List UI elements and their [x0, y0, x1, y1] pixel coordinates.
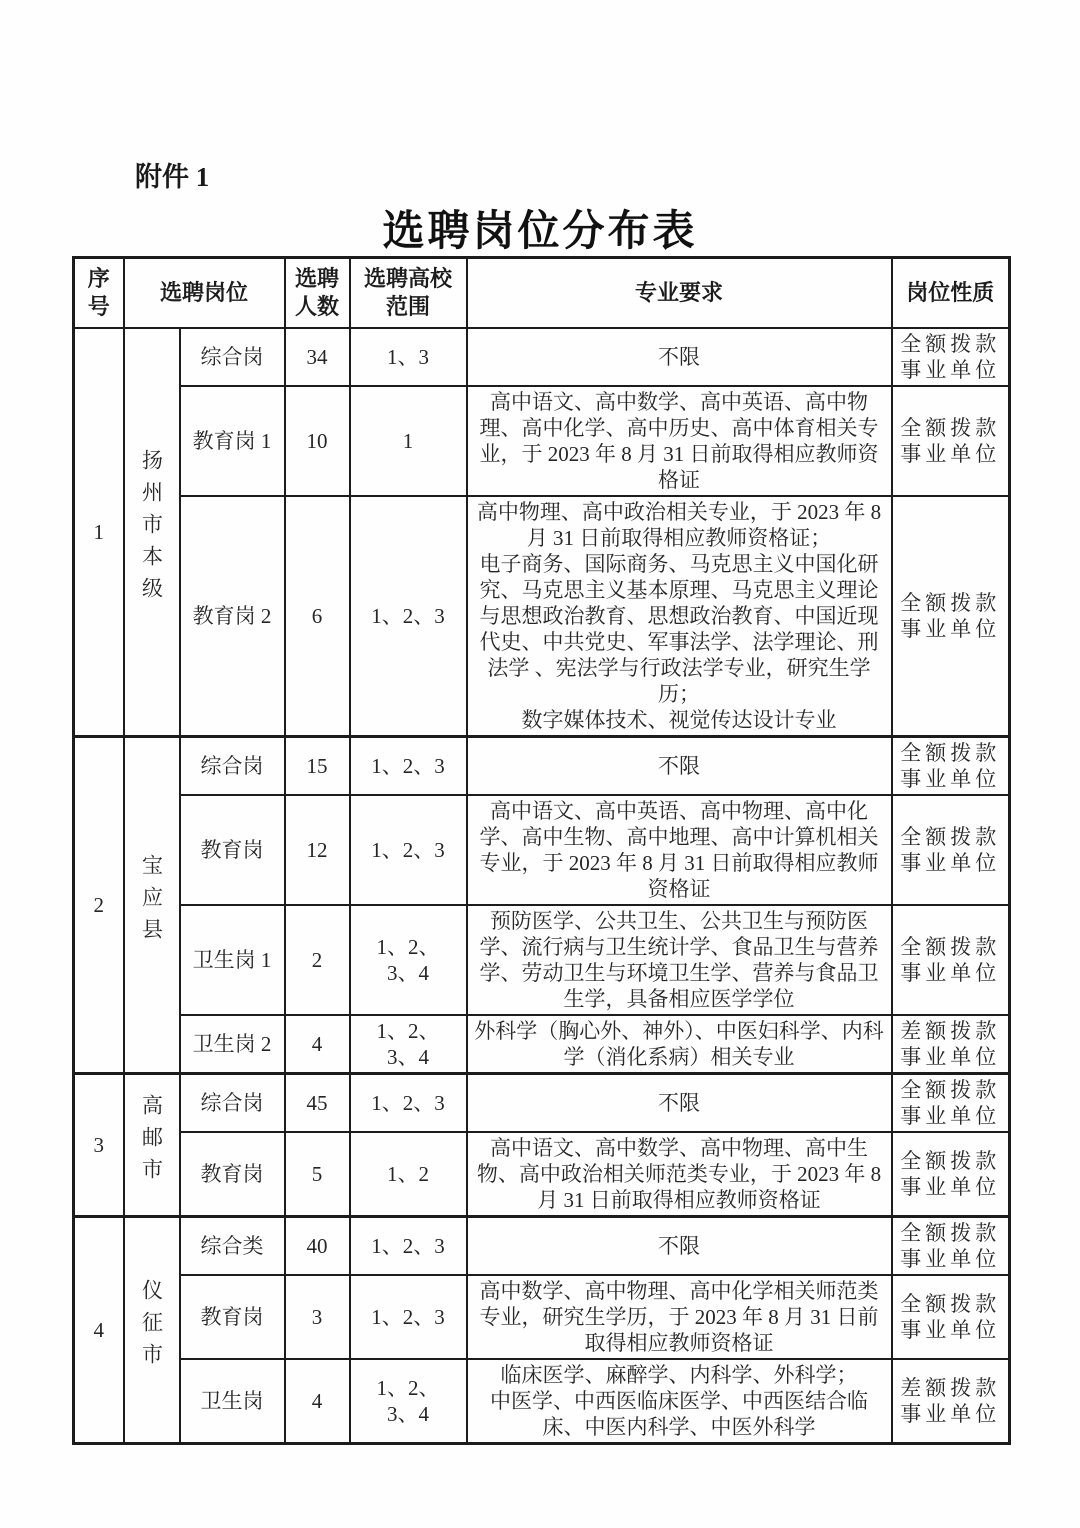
cell-nature: 全额拨款 事业单位 [892, 905, 1010, 1015]
cell-count: 5 [285, 1132, 350, 1217]
table-row: 卫生岗 121、2、 3、4预防医学、公共卫生、公共卫生与预防医学、流行病与卫生… [74, 905, 1010, 1015]
table-row: 卫生岗 241、2、 3、4外科学（胸心外、神外）、中医妇科学、内科学（消化系病… [74, 1015, 1010, 1074]
cell-count: 10 [285, 386, 350, 496]
cell-post: 教育岗 2 [180, 496, 285, 737]
cell-count: 4 [285, 1015, 350, 1074]
cell-major: 不限 [467, 1074, 892, 1133]
cell-major: 外科学（胸心外、神外）、中医妇科学、内科学（消化系病）相关专业 [467, 1015, 892, 1074]
cell-nature: 全额拨款 事业单位 [892, 1074, 1010, 1133]
cell-scope: 1、2、3 [350, 737, 467, 796]
cell-nature: 全额拨款 事业单位 [892, 1132, 1010, 1217]
table-body: 1扬州市本级综合岗341、3不限全额拨款 事业单位教育岗 1101高中语文、高中… [74, 328, 1010, 1444]
cell-nature: 全额拨款 事业单位 [892, 496, 1010, 737]
table-row: 教育岗121、2、3高中语文、高中英语、高中物理、高中化学、高中生物、高中地理、… [74, 795, 1010, 905]
table-row: 2宝应县综合岗151、2、3不限全额拨款 事业单位 [74, 737, 1010, 796]
cell-major: 预防医学、公共卫生、公共卫生与预防医学、流行病与卫生统计学、食品卫生与营养学、劳… [467, 905, 892, 1015]
cell-post: 教育岗 [180, 795, 285, 905]
cell-post: 卫生岗 2 [180, 1015, 285, 1074]
cell-scope: 1、2、 3、4 [350, 905, 467, 1015]
cell-nature: 全额拨款 事业单位 [892, 1275, 1010, 1359]
cell-post: 综合岗 [180, 1074, 285, 1133]
cell-post: 综合岗 [180, 737, 285, 796]
cell-major: 不限 [467, 737, 892, 796]
cell-index: 2 [74, 737, 124, 1074]
cell-region-text: 高邮市 [139, 1094, 165, 1190]
document-page: 附件 1 选聘岗位分布表 序 号 选聘岗位 选聘 人数 选聘高校 范围 专业要求… [0, 0, 1080, 1528]
attachment-label: 附件 1 [135, 155, 209, 194]
cell-nature: 全额拨款 事业单位 [892, 795, 1010, 905]
cell-post: 卫生岗 1 [180, 905, 285, 1015]
cell-nature: 差额拨款 事业单位 [892, 1359, 1010, 1444]
cell-major: 高中物理、高中政治相关专业，于 2023 年 8 月 31 日前取得相应教师资格… [467, 496, 892, 737]
header-major: 专业要求 [467, 258, 892, 329]
cell-nature: 全额拨款 事业单位 [892, 1217, 1010, 1276]
cell-major: 不限 [467, 1217, 892, 1276]
header-post: 选聘岗位 [124, 258, 285, 329]
cell-region-text: 仪征市 [139, 1279, 165, 1375]
header-count: 选聘 人数 [285, 258, 350, 329]
cell-nature: 全额拨款 事业单位 [892, 737, 1010, 796]
cell-count: 34 [285, 328, 350, 386]
cell-region-text: 宝应县 [139, 854, 165, 950]
cell-scope: 1、2、3 [350, 1275, 467, 1359]
cell-region: 宝应县 [124, 737, 180, 1074]
cell-post: 教育岗 [180, 1132, 285, 1217]
cell-major: 不限 [467, 328, 892, 386]
cell-nature: 全额拨款 事业单位 [892, 386, 1010, 496]
cell-count: 40 [285, 1217, 350, 1276]
cell-region: 仪征市 [124, 1217, 180, 1444]
cell-scope: 1、2、 3、4 [350, 1015, 467, 1074]
table-row: 教育岗31、2、3高中数学、高中物理、高中化学相关师范类专业，研究生学历，于 2… [74, 1275, 1010, 1359]
cell-scope: 1、2、3 [350, 496, 467, 737]
table-row: 教育岗 1101高中语文、高中数学、高中英语、高中物理、高中化学、高中历史、高中… [74, 386, 1010, 496]
cell-major: 高中语文、高中数学、高中物理、高中生物、高中政治相关师范类专业，于 2023 年… [467, 1132, 892, 1217]
cell-count: 4 [285, 1359, 350, 1444]
cell-count: 15 [285, 737, 350, 796]
cell-major: 高中语文、高中数学、高中英语、高中物理、高中化学、高中历史、高中体育相关专业，于… [467, 386, 892, 496]
cell-major: 高中数学、高中物理、高中化学相关师范类专业，研究生学历，于 2023 年 8 月… [467, 1275, 892, 1359]
cell-major: 高中语文、高中英语、高中物理、高中化学、高中生物、高中地理、高中计算机相关专业，… [467, 795, 892, 905]
cell-post: 综合岗 [180, 328, 285, 386]
cell-region-text: 扬州市本级 [139, 449, 165, 609]
cell-count: 2 [285, 905, 350, 1015]
cell-region: 扬州市本级 [124, 328, 180, 737]
cell-post: 教育岗 1 [180, 386, 285, 496]
cell-index: 1 [74, 328, 124, 737]
header-row: 序 号 选聘岗位 选聘 人数 选聘高校 范围 专业要求 岗位性质 [74, 258, 1010, 329]
cell-index: 3 [74, 1074, 124, 1217]
cell-count: 45 [285, 1074, 350, 1133]
cell-scope: 1 [350, 386, 467, 496]
header-index: 序 号 [74, 258, 124, 329]
table-row: 教育岗51、2高中语文、高中数学、高中物理、高中生物、高中政治相关师范类专业，于… [74, 1132, 1010, 1217]
cell-region: 高邮市 [124, 1074, 180, 1217]
cell-count: 12 [285, 795, 350, 905]
cell-scope: 1、2、3 [350, 1074, 467, 1133]
cell-post: 卫生岗 [180, 1359, 285, 1444]
page-title: 选聘岗位分布表 [0, 198, 1080, 258]
position-table: 序 号 选聘岗位 选聘 人数 选聘高校 范围 专业要求 岗位性质 1扬州市本级综… [72, 256, 1011, 1445]
cell-index: 4 [74, 1217, 124, 1444]
cell-scope: 1、2、3 [350, 795, 467, 905]
table-row: 4仪征市综合类401、2、3不限全额拨款 事业单位 [74, 1217, 1010, 1276]
cell-nature: 差额拨款 事业单位 [892, 1015, 1010, 1074]
cell-scope: 1、2、3 [350, 1217, 467, 1276]
cell-scope: 1、2、 3、4 [350, 1359, 467, 1444]
cell-major: 临床医学、麻醉学、内科学、外科学； 中医学、中西医临床医学、中西医结合临床、中医… [467, 1359, 892, 1444]
cell-count: 3 [285, 1275, 350, 1359]
table-row: 卫生岗41、2、 3、4临床医学、麻醉学、内科学、外科学； 中医学、中西医临床医… [74, 1359, 1010, 1444]
table-row: 3高邮市综合岗451、2、3不限全额拨款 事业单位 [74, 1074, 1010, 1133]
header-scope: 选聘高校 范围 [350, 258, 467, 329]
cell-post: 综合类 [180, 1217, 285, 1276]
table-row: 1扬州市本级综合岗341、3不限全额拨款 事业单位 [74, 328, 1010, 386]
table-row: 教育岗 261、2、3高中物理、高中政治相关专业，于 2023 年 8 月 31… [74, 496, 1010, 737]
cell-post: 教育岗 [180, 1275, 285, 1359]
cell-nature: 全额拨款 事业单位 [892, 328, 1010, 386]
table-header: 序 号 选聘岗位 选聘 人数 选聘高校 范围 专业要求 岗位性质 [74, 258, 1010, 329]
header-nature: 岗位性质 [892, 258, 1010, 329]
cell-scope: 1、3 [350, 328, 467, 386]
cell-count: 6 [285, 496, 350, 737]
cell-scope: 1、2 [350, 1132, 467, 1217]
